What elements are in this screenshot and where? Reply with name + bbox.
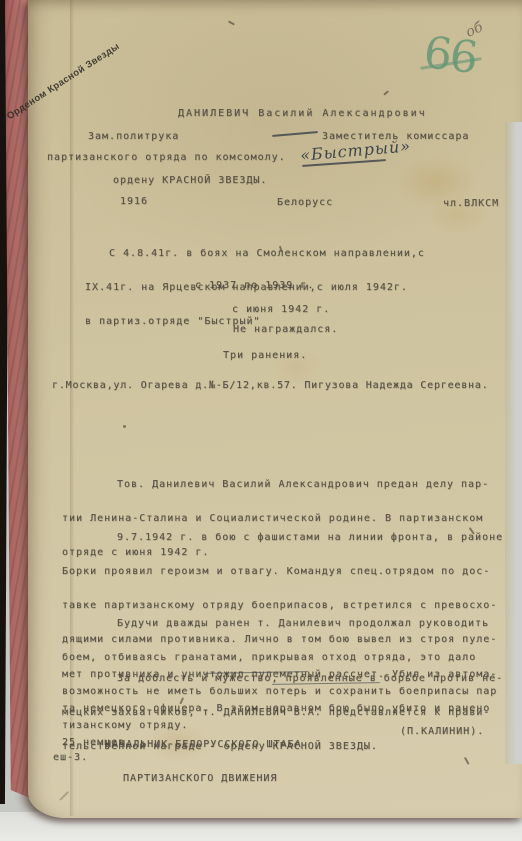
record-line: Три ранения. — [85, 350, 425, 361]
paragraph-line: 9.7.1942 г. в бою с фашистами на линии ф… — [62, 532, 503, 543]
nationality: Белорусс — [277, 197, 333, 208]
document-scan: 66 об Орденом Красной Звезды ДАНИЛЕВИЧ В… — [0, 0, 522, 841]
paragraph-line: Борки проявил героизм и отвагу. Командуя… — [62, 566, 503, 577]
paper-speck — [123, 425, 126, 428]
service-period-2: с июня 1942 г. — [232, 304, 330, 315]
record-line: С 4.8.41г. в боях на Смоленском направле… — [85, 248, 425, 259]
signature-title-line: ПАРТИЗАНСКОГО ДВИЖЕНИЯ — [105, 773, 302, 784]
birth-year: 1916 — [120, 196, 148, 207]
signer-name: (П.КАЛИНИН). — [400, 726, 484, 737]
prior-awards: Не награждался. — [233, 324, 338, 335]
recipient-name: ДАНИЛЕВИЧ Василий Александрович — [178, 108, 427, 119]
signature-title: НАЧАЛЬНИК БЕЛОРУССКОГО ШТАБА ПАРТИЗАНСКО… — [105, 716, 302, 807]
unit-line: партизанского отряда по комсомолу. — [47, 152, 286, 163]
paper-fiber — [383, 90, 389, 95]
signature-title-line: НАЧАЛЬНИК БЕЛОРУССКОГО ШТАБА — [105, 739, 302, 750]
award-line: ордену КРАСНОЙ ЗВЕЗДЫ. — [113, 175, 267, 186]
pencil-mark — [59, 791, 69, 801]
address-line: г.Москва,ул. Огарева д.№-Б/12,кв.57. Пиг… — [52, 380, 489, 391]
paragraph-line: За доблесть и мужество, проявленные в бо… — [62, 673, 503, 684]
service-period-1: с 1937 по 1939 г. — [195, 280, 314, 291]
membership: чл.ВЛКСМ — [443, 198, 499, 209]
clerk-code: еш-3. — [53, 752, 88, 763]
paragraph-line: Будучи дважды ранен т. Данилевич продолж… — [62, 618, 497, 629]
right-page-edge — [505, 122, 522, 764]
position-left: Зам.политрука — [88, 131, 179, 142]
paragraph-line: Тов. Данилевич Василий Александрович пре… — [62, 479, 489, 490]
paper-fiber — [228, 20, 235, 25]
